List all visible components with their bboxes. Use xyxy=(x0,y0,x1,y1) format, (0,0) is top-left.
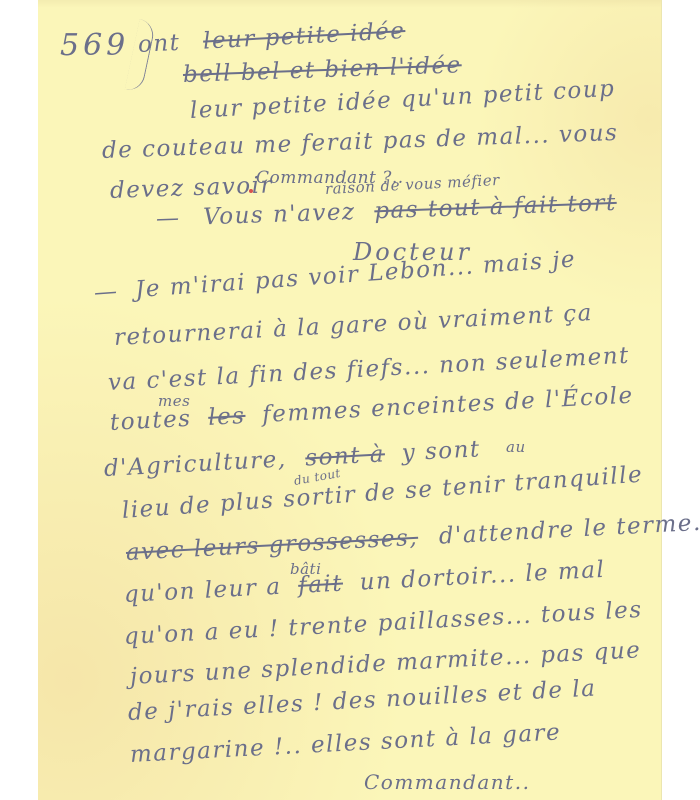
dialogue-dash: — xyxy=(156,205,181,232)
red-insertion-mark xyxy=(249,189,253,193)
insertion-au: au xyxy=(506,438,526,456)
line-text: qu'on leur a xyxy=(123,574,282,608)
manuscript-line-19: margarine !.. elles sont à la gare xyxy=(129,719,562,768)
line-text: y sont xyxy=(401,436,481,466)
line-text: femmes enceintes de l'École xyxy=(262,383,635,428)
struck-text: pas tout à fait tort xyxy=(374,190,617,224)
line-text: d'attendre le terme... xyxy=(438,509,700,550)
manuscript-line-4: de couteau me ferait pas de mal... vous xyxy=(102,120,619,164)
line-text: toutes xyxy=(109,406,192,436)
manuscript-line-15: qu'on leur a fait un dortoir... le mal xyxy=(123,557,606,608)
dialogue-dash: — xyxy=(93,278,119,306)
struck-text: sont à xyxy=(305,441,386,471)
manuscript-line-5: devez savoir xyxy=(110,172,274,204)
struck-text: fait xyxy=(298,571,344,599)
line-text: devez savoir xyxy=(110,172,274,204)
manuscript-page: 569 ont leur petite idée bell bel et bie… xyxy=(38,0,661,800)
line-text: un dortoir... le mal xyxy=(359,557,606,596)
manuscript-line-1: ont leur petite idée xyxy=(137,18,406,58)
line-text: Vous n'avez xyxy=(203,199,356,230)
line-text: ont xyxy=(137,30,181,58)
line-text: d'Agriculture, xyxy=(103,446,287,482)
manuscript-line-9: retournerai à la gare où vraiment ça xyxy=(113,300,593,351)
manuscript-line-8: — Je m'irai pas voir Lebon... mais je xyxy=(93,246,577,306)
manuscript-line-2: bell bel et bien l'idée xyxy=(183,52,463,88)
manuscript-line-20: Commandant.. xyxy=(364,770,530,794)
struck-text: leur petite idée xyxy=(202,18,406,55)
struck-text: avec leurs grossesses, xyxy=(125,525,418,566)
struck-text: les xyxy=(208,403,247,431)
folio-number: 569 xyxy=(60,28,129,63)
